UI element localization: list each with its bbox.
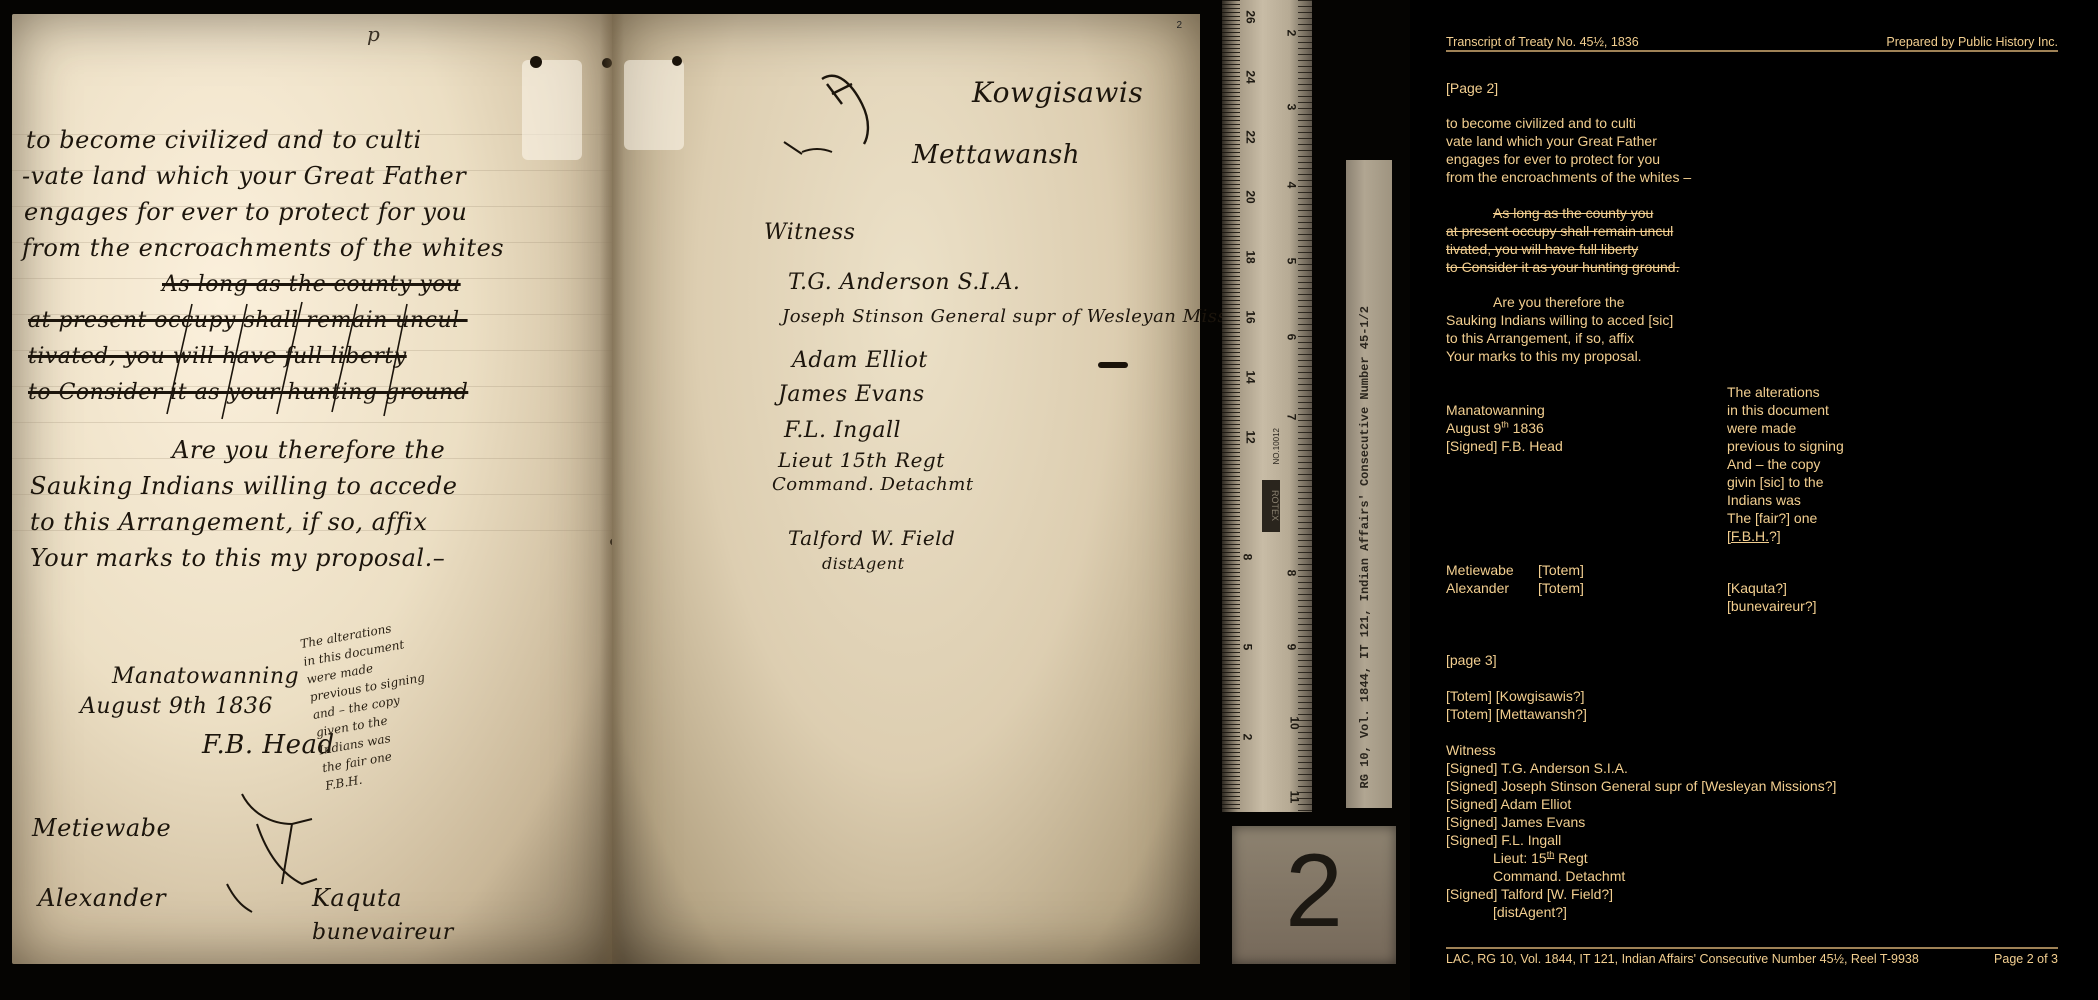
treaty-scan-image: p to become civilized and to culti -vate…: [0, 0, 1410, 1000]
witness-signature: distAgent: [822, 554, 905, 573]
handwritten-line: -vate land which your Great Father: [22, 162, 466, 190]
witness-signature: Adam Elliot: [792, 348, 928, 373]
witness-heading: Witness: [1446, 741, 1836, 759]
measuring-ruler: 26 24 22 20 18 16 14 12 8 5 2 2 3 4 5 6 …: [1222, 0, 1312, 812]
signers-right: [Kaquta?] [bunevaireur?]: [1727, 579, 1817, 615]
paragraph-1: to become civilized and to culti vate la…: [1446, 114, 1691, 186]
margin-note: The alterations in this document were ma…: [299, 615, 442, 795]
witness-list: Witness [Signed] T.G. Anderson S.I.A. [S…: [1446, 741, 1836, 921]
totem-mark-drawing: [782, 134, 852, 164]
handwritten-signer: bunevaireur: [312, 920, 454, 945]
signers-list: Metiewabe[Totem] Alexander[Totem]: [1446, 561, 1584, 597]
pencil-mark: p: [367, 22, 380, 46]
signing-date: August 9th 1836: [1446, 419, 1563, 437]
witness-signature: F.L. Ingall: [784, 418, 901, 443]
transcript-header: Transcript of Treaty No. 45½, 1836 Prepa…: [1446, 33, 2058, 49]
handwritten-place: Manatowanning: [112, 664, 299, 689]
handwritten-line: from the encroachments of the whites: [22, 234, 504, 262]
initials: [F.B.H.?]: [1727, 527, 1844, 545]
handwritten-signer: Alexander: [38, 884, 166, 912]
signature-block: Manatowanning August 9th 1836 [Signed] F…: [1446, 401, 1563, 455]
manuscript-right-page: 2 Kowgisawis Mettawansh Witness T.G. And…: [612, 14, 1200, 964]
page-number-card: 2: [1232, 826, 1396, 964]
witness-heading: Witness: [764, 220, 855, 245]
handwritten-line: Sauking Indians willing to accede: [30, 472, 457, 500]
header-divider: [1446, 50, 2058, 52]
transcript-preparer: Prepared by Public History Inc.: [1886, 33, 2058, 51]
ruler-brand: ROTEX: [1262, 480, 1280, 532]
cross-hatch-strokes: [152, 294, 452, 424]
transcript-title: Transcript of Treaty No. 45½, 1836: [1446, 33, 1639, 51]
page-2-label: [Page 2]: [1446, 79, 1498, 97]
witness-signature: Talford W. Field: [788, 526, 955, 550]
struck-paragraph: As long as the county you at present occ…: [1446, 204, 1679, 276]
witness-signature: Command. Detachmt: [772, 474, 974, 495]
handwritten-date: August 9th 1836: [80, 694, 273, 719]
handwritten-signature-head: F.B. Head: [202, 730, 335, 760]
alterations-note: The alterations in this document were ma…: [1727, 383, 1844, 545]
book-gutter: [600, 14, 624, 964]
handwritten-line: to become civilized and to culti: [26, 126, 422, 154]
archive-label-strip: RG 10, Vol. 1844, IT 121, Indian Affairs…: [1346, 160, 1392, 808]
signer-row: Metiewabe[Totem]: [1446, 561, 1584, 579]
page-3-label: [page 3]: [1446, 651, 1497, 669]
witness-signature: Lieut 15th Regt: [778, 448, 945, 472]
handwritten-line: engages for ever to protect for you: [24, 198, 467, 226]
signer-row: Alexander[Totem]: [1446, 579, 1584, 597]
page-indicator: Page 2 of 3: [1994, 950, 2058, 968]
witness-signature: Joseph Stinson General supr of Wesleyan …: [782, 306, 1267, 327]
ruler-model: NO.10012: [1272, 428, 1281, 464]
folio-number: 2: [1176, 20, 1182, 31]
handwritten-signer: Kaquta: [312, 884, 402, 912]
witness-signature: James Evans: [778, 382, 925, 407]
manuscript-left-page: p to become civilized and to culti -vate…: [12, 14, 612, 964]
handwritten-signer: Kowgisawis: [972, 76, 1143, 109]
footer-divider: [1446, 947, 2058, 949]
witness-signature: T.G. Anderson S.I.A.: [788, 270, 1020, 295]
archival-citation: LAC, RG 10, Vol. 1844, IT 121, Indian Af…: [1446, 950, 1919, 968]
handwritten-line: to this Arrangement, if so, affix: [30, 508, 427, 536]
handwritten-line: Your marks to this my proposal.–: [30, 544, 445, 572]
handwritten-signer: Metiewabe: [32, 814, 171, 842]
handwritten-signer: Mettawansh: [912, 140, 1080, 170]
transcript-panel: Transcript of Treaty No. 45½, 1836 Prepa…: [1446, 0, 2058, 1000]
handwritten-line: Are you therefore the: [172, 436, 445, 464]
page-3-totems: [Totem] [Kowgisawis?] [Totem] [Mettawans…: [1446, 687, 1587, 723]
paragraph-3: Are you therefore the Sauking Indians wi…: [1446, 293, 1673, 365]
